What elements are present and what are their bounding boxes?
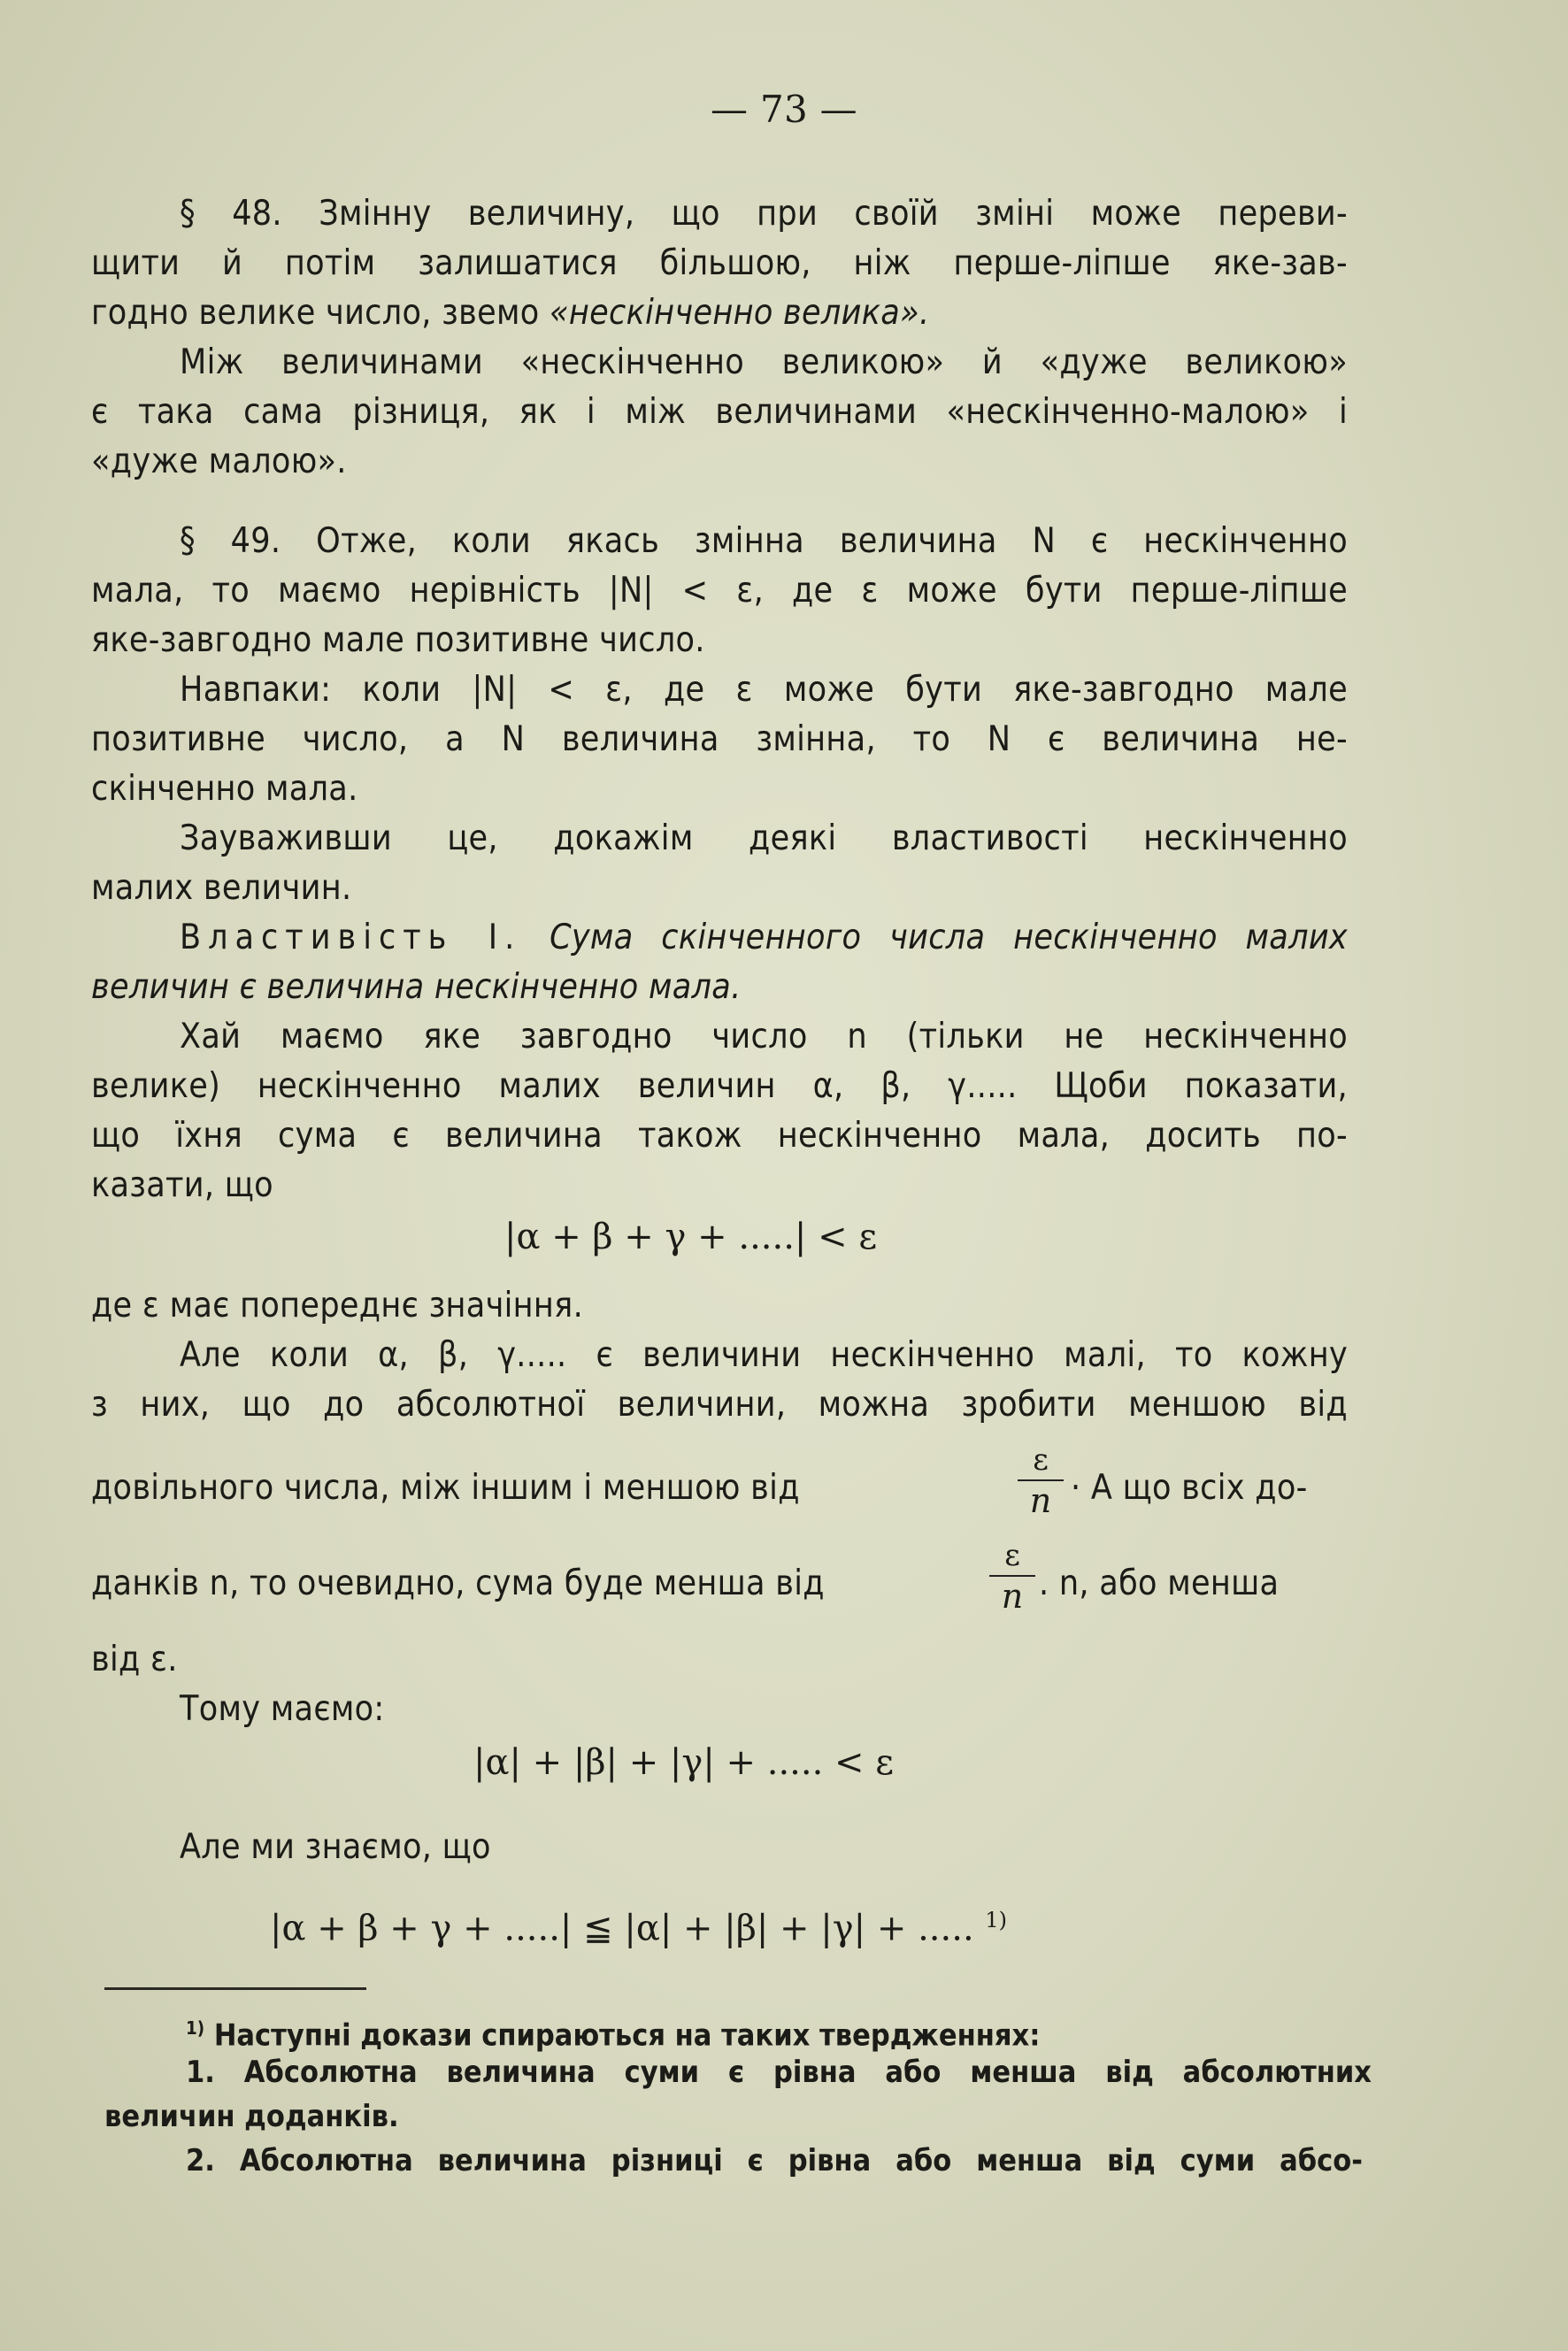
s48-p2-line-1: Між величинами «нескінченно великою» й «… [180,338,1348,388]
footnote-item-2-line-1: 2. Абсолютна величина різниці є рівна аб… [186,2140,1363,2182]
footnote-line-1: 1) Наступні докази спираються на таких т… [186,2007,1354,2056]
footnote-divider [104,1987,366,1990]
proof-p3-line-5: від ε. [91,1635,1348,1685]
formula-sum-abs-less-than-epsilon: |α + β + γ + .....| < ε [504,1210,877,1264]
s49-line-2: мала, то маємо нерівність |N| < ε, де ε … [91,566,1348,616]
fraction-denominator: n [989,1579,1035,1614]
footnote-item-1-line-2: величин доданків. [104,2095,1361,2138]
property-1-line-1: Властивість I. Сума скінченного числа не… [180,913,1348,963]
property-1-label: Властивість I. [180,918,521,957]
proof-p1-line-4: казати, що [91,1161,1348,1210]
s49-p2-line-3: скінченно мала. [91,764,1348,814]
proof-p3-line-4-before: данків n, то очевидно, сума буде менша в… [91,1559,1011,1609]
s49-line-3: яке-завгодно мале позитивне число. [91,616,1348,665]
proof-p4-line-1: Тому маємо: [180,1685,1348,1734]
fraction-numerator: ε [989,1538,1035,1573]
property-1-line-2: величин є величина нескінченно мала. [91,963,1348,1012]
formula-sum-of-abs-less-than-epsilon: |α| + |β| + |γ| + ..... < ε [473,1736,894,1789]
property-1-statement-a: Сума скінченного числа нескінченно малих [550,918,1348,957]
proof-p3-line-3-before: довільного числа, між іншим і меншою від [91,1464,1011,1513]
s49-p2-line-1: Навпаки: коли |N| < ε, де ε може бути як… [180,665,1348,715]
proof-p1-line-2: велике) нескінченно малих величин α, β, … [91,1062,1348,1111]
s49-p2-line-2: позитивне число, а N величина змінна, то… [91,715,1348,764]
formula-triangle-inequality: |α + β + γ + .....| ≦ |α| + |β| + |γ| + … [270,1894,1007,1955]
s48-line-2: щити й потім залишатися більшою, ніж пер… [91,239,1348,288]
s48-line-1: § 48. Змінну величину, що при своїй змін… [180,189,1348,239]
s48-p2-line-3: «дуже малою». [91,437,1348,487]
s49-p3-line-1: Зауваживши це, докажім деякі властивості… [180,814,1348,864]
s49-line-1: § 49. Отже, коли якась змінна величина N… [180,517,1348,566]
s48-line-3-text: годно велике число, звемо [91,293,550,333]
fraction-numerator: ε [1018,1442,1064,1478]
proof-p1-line-3: що їхня сума є величина також нескінченн… [91,1111,1348,1161]
proof-p2-line-1: де ε має попереднє значіння. [91,1281,1348,1331]
formula-triangle-inequality-body: |α + β + γ + .....| ≦ |α| + |β| + |γ| + … [270,1908,974,1948]
s48-p2-line-2: є така сама різниця, як і між величинами… [91,388,1348,437]
s49-p3-line-2: малих величин. [91,864,1348,913]
footnote-item-1-line-1: 1. Абсолютна величина суми є рівна або м… [186,2051,1372,2094]
fraction-epsilon-over-n-2: ε n [989,1538,1035,1614]
proof-p3-line-3-after: · А що всіх до- [1071,1464,1363,1513]
footnote-reference[interactable]: 1) [985,1908,1007,1932]
proof-p3-line-2: з них, що до абсолютної величини, можна … [91,1380,1348,1430]
term-infinitely-large: «нескінченно велика». [550,293,930,333]
proof-p5-line-1: Але ми знаємо, що [180,1823,1348,1872]
footnote-intro: Наступні докази спираються на таких твер… [214,2017,1041,2053]
proof-p1-line-1: Хай маємо яке завгодно число n (тільки н… [180,1012,1348,1062]
page-number: — 73 — [0,85,1568,134]
footnote-marker: 1) [186,2017,204,2039]
s48-line-3: годно велике число, звемо «нескінченно в… [91,288,1348,338]
fraction-denominator: n [1018,1483,1064,1518]
proof-p3-line-4-after: . n, або менша [1039,1559,1357,1609]
fraction-epsilon-over-n: ε n [1018,1442,1064,1518]
book-page: — 73 — § 48. Змінну величину, що при сво… [0,0,1568,2351]
proof-p3-line-1: Але коли α, β, γ..... є величини нескінч… [180,1331,1348,1380]
